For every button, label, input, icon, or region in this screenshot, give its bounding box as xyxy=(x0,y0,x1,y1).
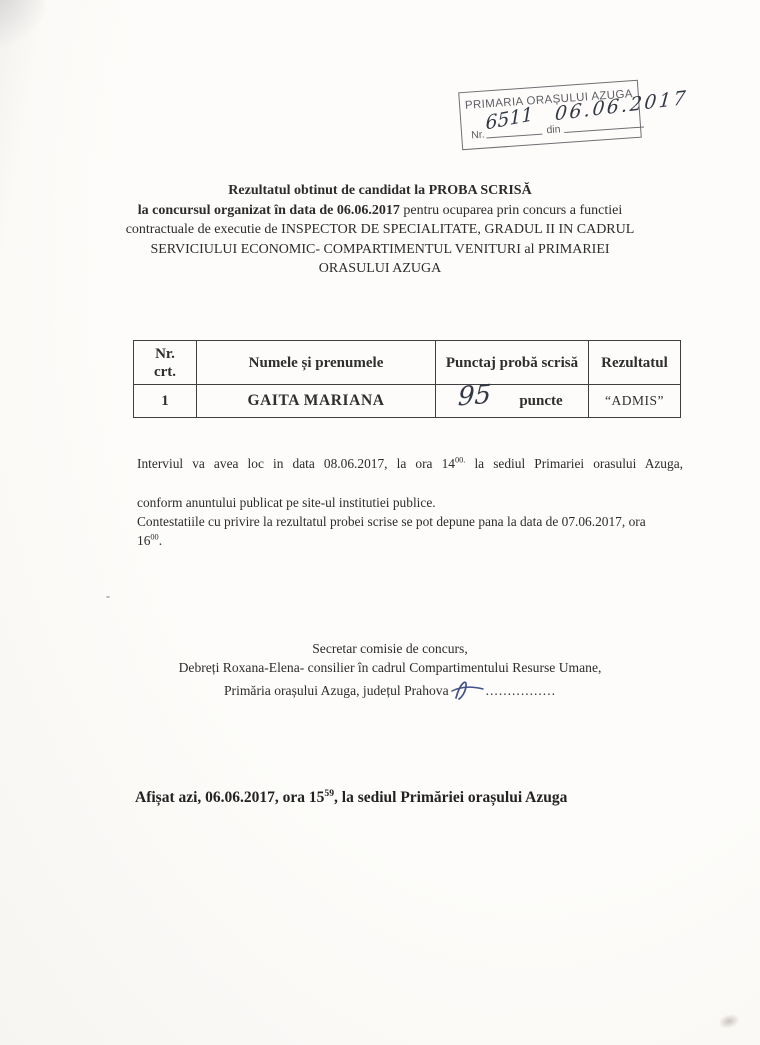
header-cell-result: Rezultatul xyxy=(589,341,681,385)
header-cell-nr-crt: Nr. crt. xyxy=(134,341,197,385)
header-cell-score: Punctaj probă scrisă xyxy=(436,341,589,385)
stamp-din-rule xyxy=(565,126,645,133)
stamp-nr-label: Nr. xyxy=(471,129,485,142)
title-line-1: Rezultatul obtinut de candidat la PROBA … xyxy=(55,181,705,201)
signature-institution-line: Primăria orașului Azuga, județul Prahova… xyxy=(80,677,700,707)
score-unit-label: puncte xyxy=(519,393,562,409)
registration-stamp: PRIMARIA ORAȘULUI AZUGA 6511 06.06.2017 … xyxy=(458,80,642,150)
title-line-4: SERVICIULUI ECONOMIC- COMPARTIMENTUL VEN… xyxy=(55,240,705,260)
scan-corner-shadow xyxy=(0,0,45,58)
cell-score: 95 puncte xyxy=(436,385,589,418)
title-line-2: la concursul organizat în data de 06.06.… xyxy=(55,201,705,221)
cell-nr: 1 xyxy=(134,385,197,418)
cell-candidate-name: GAITA MARIANA xyxy=(197,385,436,418)
title-line-2-rest: pentru ocuparea prin concurs a functiei xyxy=(400,203,622,218)
posting-notice-b: , la sediul Primăriei orașului Azuga xyxy=(334,789,567,806)
title-line-3: contractuale de executie de INSPECTOR DE… xyxy=(55,220,705,240)
signature-block: Secretar comisie de concurs, Debreți Rox… xyxy=(80,640,700,707)
stamp-din-label: din xyxy=(546,123,561,136)
stamp-nr-rule xyxy=(487,134,543,139)
deadline-hour-sup: 00 xyxy=(150,533,158,542)
signature-dotted-line: ................ xyxy=(486,683,556,698)
scan-speck xyxy=(106,596,110,598)
scan-smudge xyxy=(719,1012,742,1031)
title-line-5: ORASULUI AZUGA xyxy=(55,259,705,279)
results-table: Nr. crt. Numele și prenumele Punctaj pro… xyxy=(133,340,681,418)
deadline-hour: 16 xyxy=(137,533,150,548)
paragraph-line-4: 1600. xyxy=(137,531,683,550)
paragraph-line-3: Contestatiile cu privire la rezultatul p… xyxy=(137,512,683,531)
signature-role-line: Secretar comisie de concurs, xyxy=(80,640,700,659)
header-cell-name: Numele și prenumele xyxy=(197,341,436,385)
scanned-document-page: PRIMARIA ORAȘULUI AZUGA 6511 06.06.2017 … xyxy=(0,0,760,1045)
deadline-period: . xyxy=(159,533,162,548)
document-title: Rezultatul obtinut de candidat la PROBA … xyxy=(55,181,705,279)
interview-text-b: la sediul Primariei orasului Azuga, xyxy=(465,456,683,471)
score-handwritten: 95 xyxy=(457,379,492,412)
interview-text-a: Interviul va avea loc in data 08.06.2017… xyxy=(137,456,455,471)
posting-notice-a: Afișat azi, 06.06.2017, ora 15 xyxy=(135,789,324,806)
title-line-2-bold: la concursul organizat în data de 06.06.… xyxy=(138,203,400,218)
table-row: 1 GAITA MARIANA 95 puncte “ADMIS” xyxy=(134,385,681,418)
interview-hour-sup: 00. xyxy=(455,456,465,465)
posting-hour-sup: 59 xyxy=(324,788,334,799)
paragraph-line-2: conform anuntului publicat pe site-ul in… xyxy=(137,493,683,512)
table-header-row: Nr. crt. Numele și prenumele Punctaj pro… xyxy=(134,341,681,385)
signature-institution-text: Primăria orașului Azuga, județul Prahova xyxy=(224,683,449,698)
paragraph-line-1: Interviul va avea loc in data 08.06.2017… xyxy=(137,454,683,493)
posting-notice: Afișat azi, 06.06.2017, ora 1559, la sed… xyxy=(135,789,567,807)
handwritten-signature-mark xyxy=(451,677,485,707)
body-paragraph: Interviul va avea loc in data 08.06.2017… xyxy=(137,454,683,550)
cell-result: “ADMIS” xyxy=(589,385,681,418)
signature-name-line: Debreți Roxana-Elena- consilier în cadru… xyxy=(80,659,700,678)
